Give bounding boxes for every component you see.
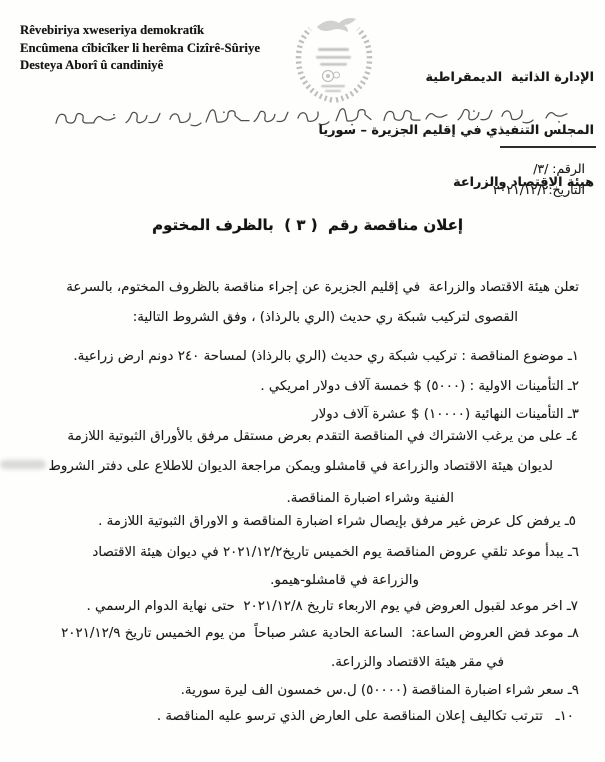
item-4-line-1: ٤ـ على من يرغب الاشتراك في المناقصة التق… xyxy=(67,429,578,444)
intro-line-2: القصوى لتركيب شبكة ري حديث (الري بالرذاذ… xyxy=(133,310,518,325)
item-4-line-2: لديوان هيئة الاقتصاد والزراعة في قامشلو … xyxy=(48,459,553,474)
document-date: التاريخ:٢٠٢١/١٢/٢ xyxy=(493,182,585,197)
item-10-line: ١٠ـ تترتب تكاليف إعلان المناقصة على العا… xyxy=(157,709,574,724)
kurdish-header-block: Rêvebiriya xweseriya demokratîk Encûmena… xyxy=(20,22,260,75)
kurdish-header-line: Rêvebiriya xweseriya demokratîk xyxy=(20,22,260,40)
meta-divider-line xyxy=(500,146,596,148)
item-6-line-2: والزراعة في قامشلو-هيمو. xyxy=(270,573,419,588)
item-9-line: ٩ـ سعر شراء اضبارة المناقصة (٥٠٠٠٠) ل.س … xyxy=(181,683,579,698)
syriac-script-line-icon xyxy=(54,106,576,134)
item-4-line-3: الفنية وشراء اضبارة المناقصة. xyxy=(286,491,454,506)
kurdish-header-line: Desteya Aborî û candiniyê xyxy=(20,57,260,75)
item-8-line-2: في مقر هيئة الاقتصاد والزراعة. xyxy=(331,655,504,670)
document-number: الرقم: /٣/ xyxy=(533,161,585,176)
item-1-line: ١ـ موضوع المناقصة : تركيب شبكة ري حديث (… xyxy=(73,349,579,364)
bird-icon xyxy=(317,18,356,32)
scan-smudge-artifact xyxy=(0,460,46,469)
item-2-line: ٢ـ التأمينات الاولية : (٥٠٠٠) $ خمسة آلا… xyxy=(260,379,579,394)
page-title: إعلان مناقصة رقم ( ٣ ) بالظرف المختوم xyxy=(168,216,463,234)
item-6-line-1: ٦ـ يبدأ موعد تلقي عروض المناقصة يوم الخم… xyxy=(92,545,579,560)
item-5-line: ٥ـ يرفض كل عرض غير مرفق بإيصال شراء اضبا… xyxy=(98,514,576,529)
item-3-line: ٣ـ التأمينات النهائية (١٠٠٠٠) $ عشرة آلا… xyxy=(312,407,579,422)
kurdish-header-line: Encûmena cîbicîker li herêma Cizîrê-Sûri… xyxy=(20,40,260,58)
scanned-document-page: Rêvebiriya xweseriya demokratîk Encûmena… xyxy=(0,0,605,762)
intro-line-1: تعلن هيئة الاقتصاد والزراعة في إقليم الج… xyxy=(66,280,579,295)
item-8-line-1: ٨ـ موعد فض العروض الساعة: الساعة الحادية… xyxy=(61,626,579,641)
arabic-header-line: الإدارة الذاتية الديمقراطية xyxy=(319,69,594,87)
item-7-line: ٧ـ اخر موعد لقبول العروض في يوم الاربعاء… xyxy=(87,599,578,614)
